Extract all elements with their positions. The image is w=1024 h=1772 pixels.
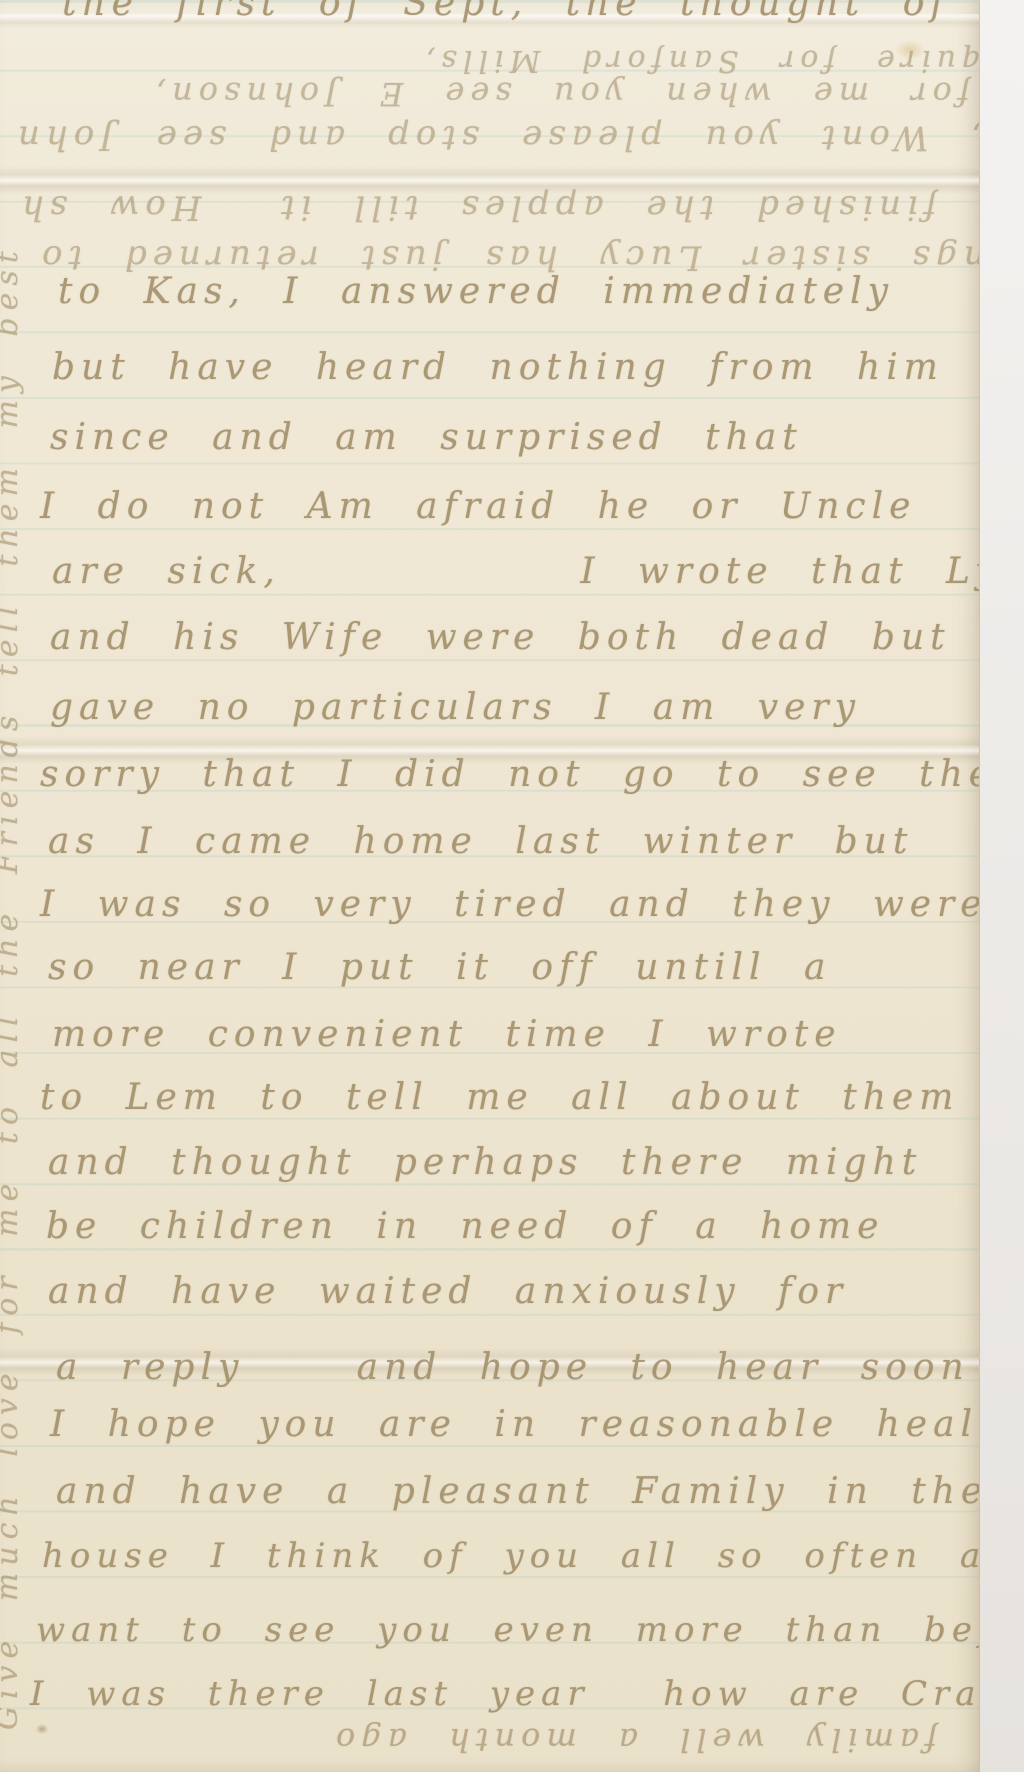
letter-line: to Lem to tell me all about them — [40, 1078, 959, 1118]
inverted-line: also inquire for Sanford Mills, — [420, 44, 980, 77]
photo-background — [979, 0, 1024, 1772]
letter-line: I do not Am afraid he or Uncle — [40, 487, 916, 527]
inverted-line: expected, Wont you please stop and see J… — [12, 118, 980, 155]
letter-line: and his Wife were both dead but — [50, 618, 951, 658]
letter-line: gave no particulars I am very — [50, 688, 861, 728]
letter-line: as I came home last winter but — [48, 822, 913, 862]
letter-top-line: the first of Sept, the thought of coming — [62, 0, 980, 24]
letter-line: house I think of you all so often and — [42, 1538, 980, 1575]
letter-line: want to see you even more than before — [36, 1612, 980, 1649]
bottom-inverted-line: Lees family well a month ago — [330, 1722, 980, 1757]
letter-line: I hope you are in reasonable health — [50, 1405, 980, 1445]
letter-line: I was so very tired and they were — [40, 885, 980, 925]
letter-line: more convenient time I wrote — [52, 1015, 842, 1055]
letter-line: since and am surprised that — [50, 418, 803, 458]
paper-stain — [36, 1724, 48, 1734]
letter-line: be children in need of a home — [46, 1207, 884, 1247]
letter-scan: { "letter": { "top_line": "the first of … — [0, 0, 1024, 1772]
margin-note: Give much love for me to all the Friends… — [0, 150, 25, 1730]
letter-line: and have a pleasant Family in the — [56, 1472, 980, 1512]
letter-line: and thought perhaps there might — [48, 1143, 922, 1183]
letter-line: so near I put it off untill a — [48, 948, 831, 988]
inverted-line: moment, I finished the apples till it Ho… — [16, 188, 980, 225]
inverted-line: same for me when you see E Johnson, — [150, 76, 980, 111]
letter-paper: the first of Sept, the thought of coming… — [0, 0, 980, 1772]
letter-line: are sick, I wrote that Lyman — [52, 552, 980, 592]
letter-line: a reply and hope to hear soon — [56, 1348, 970, 1388]
letter-line: and have waited anxiously for — [48, 1272, 848, 1312]
letter-line: but have heard nothing from him — [52, 348, 944, 388]
inverted-line: the Youngs sister Lucy has just returned… — [36, 238, 980, 275]
letter-line: to Kas, I answered immediately — [58, 272, 894, 312]
letter-line: I was there last year how are Craigs — [30, 1676, 980, 1713]
letter-line: sorry that I did not go to see them — [40, 755, 980, 795]
